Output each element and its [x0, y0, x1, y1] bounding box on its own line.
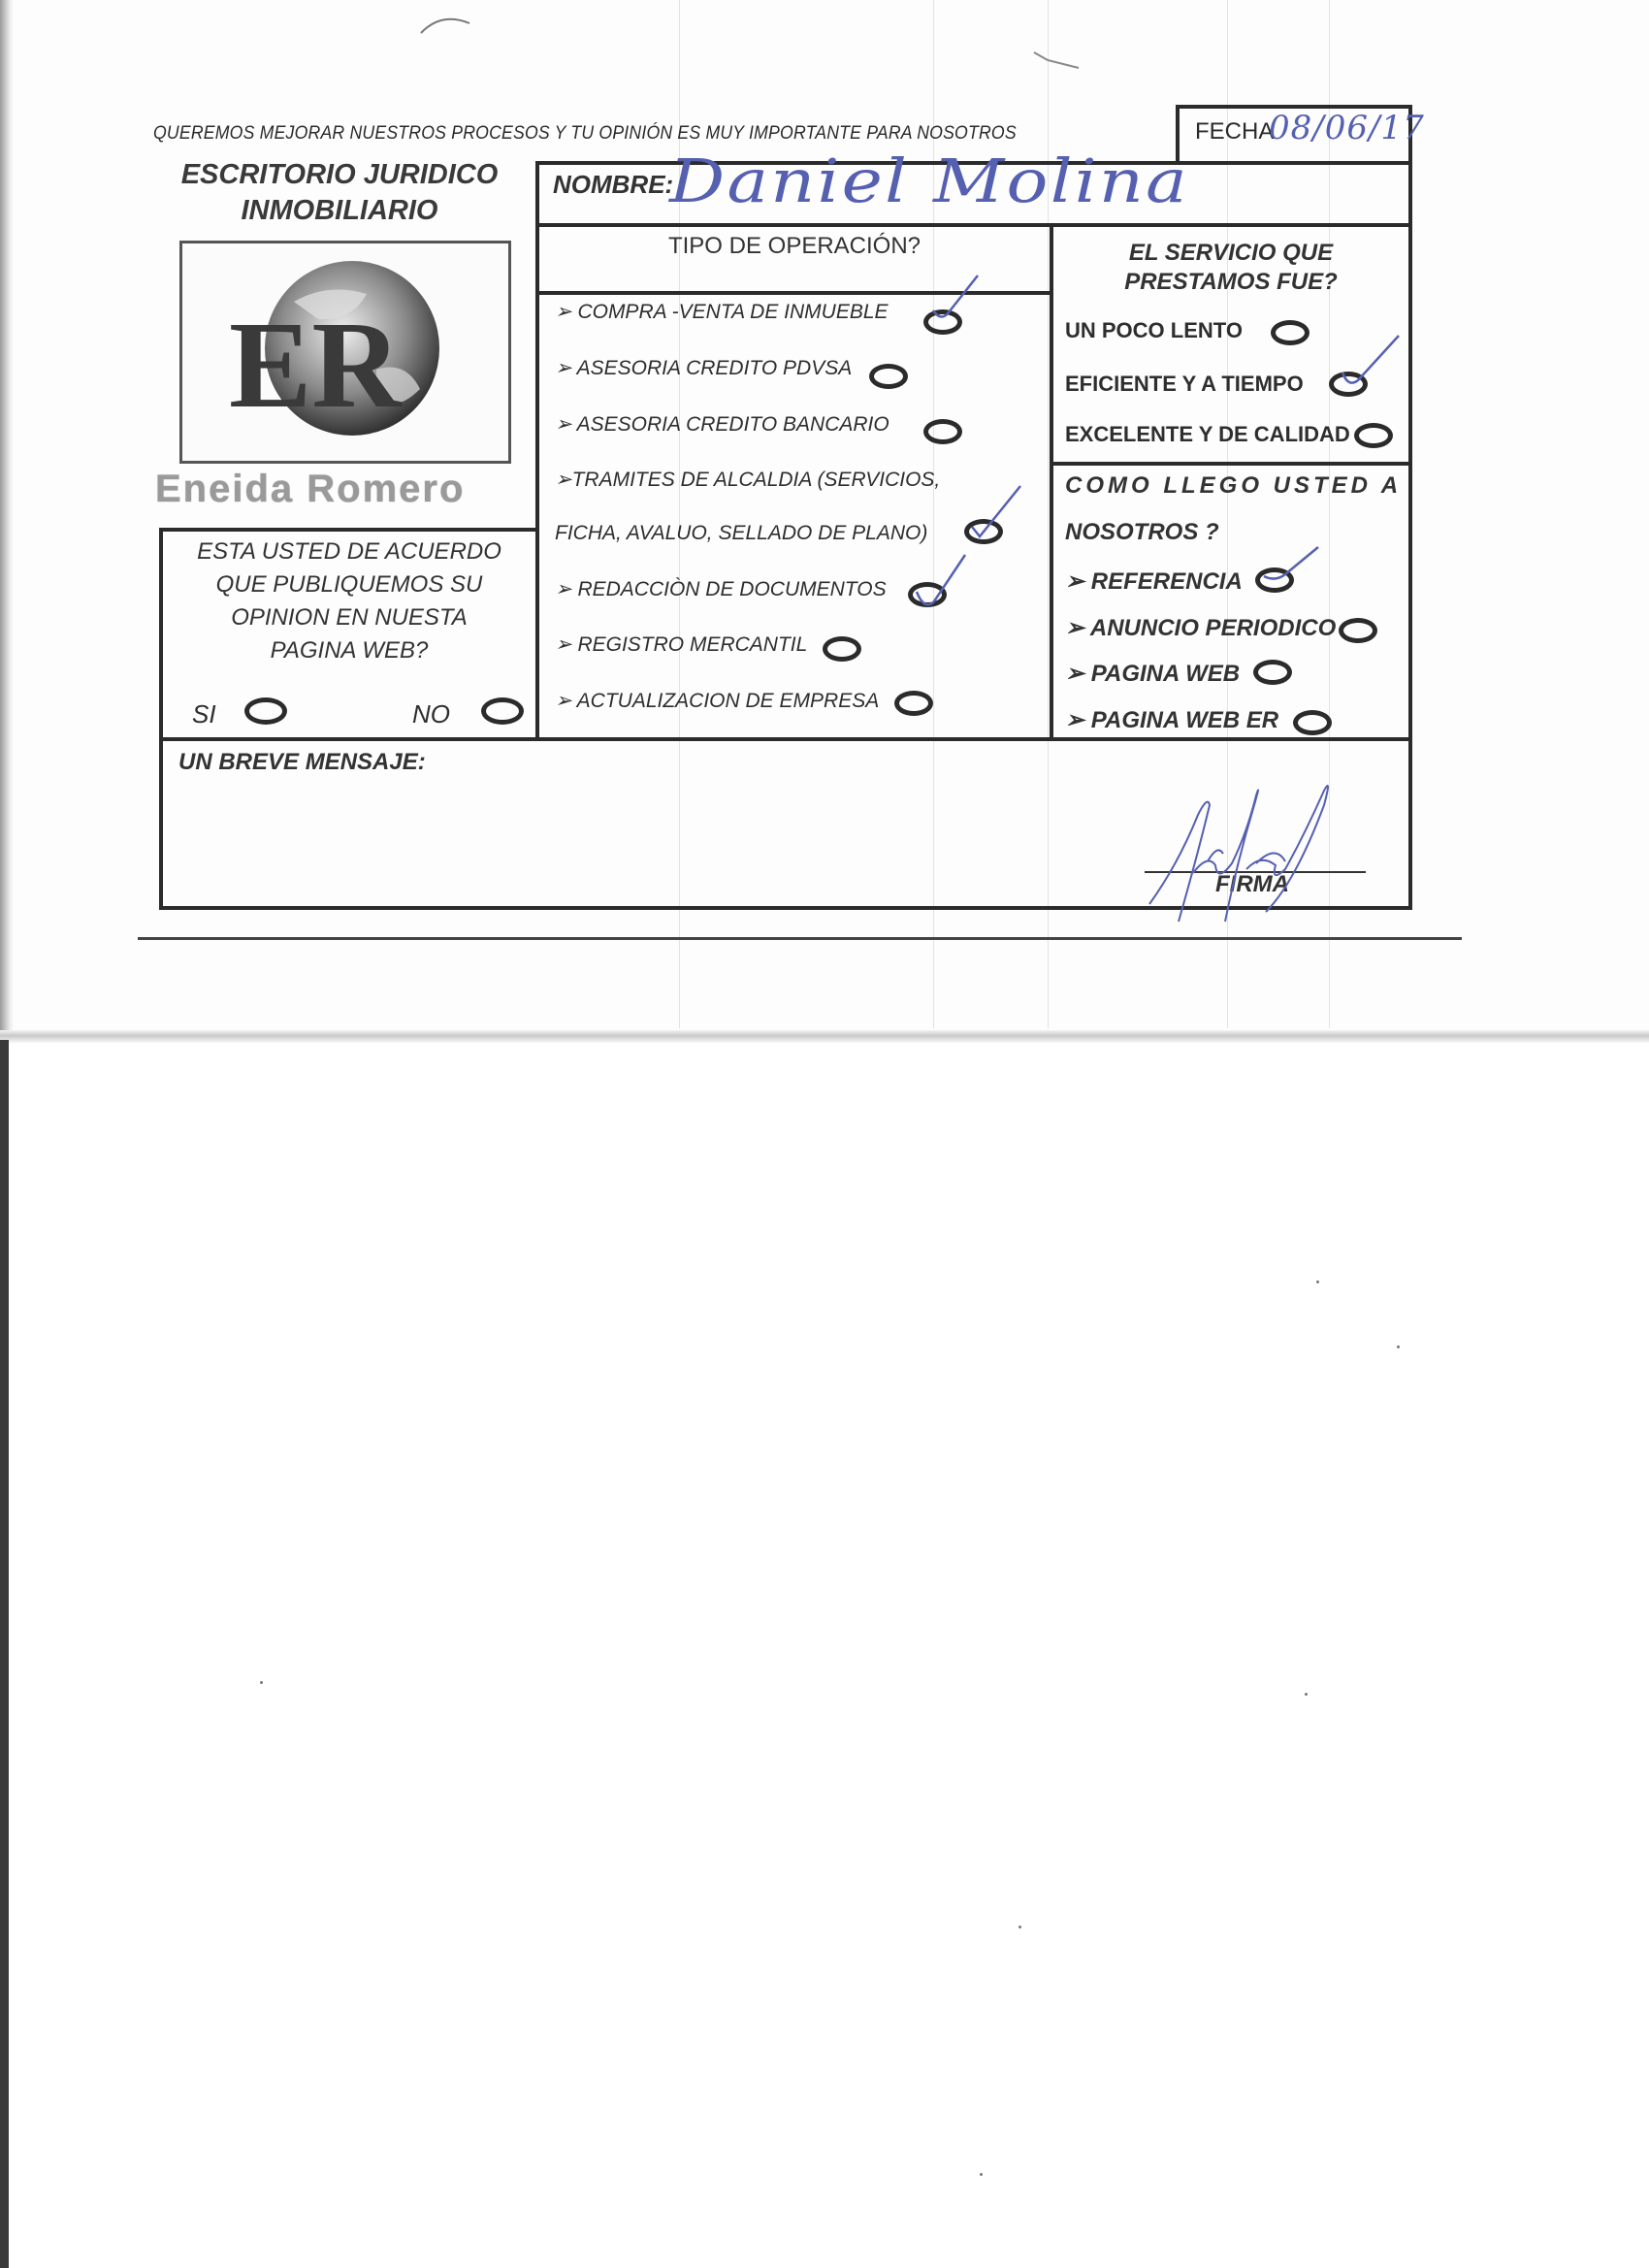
option-credito-bancario-radio[interactable]: [923, 419, 962, 444]
servicio-title-line-2: PRESTAMOS FUE?: [1053, 268, 1408, 297]
servicio-excelente-label: EXCELENTE Y DE CALIDAD: [1065, 422, 1350, 447]
logo-frame: ER: [179, 241, 511, 464]
publicar-line: OPINION EN NUESTA: [165, 601, 533, 634]
option-tramites-alcaldia-label: ➢TRAMITES DE ALCALDIA (SERVICIOS,: [555, 468, 940, 492]
option-tramites-alcaldia-label-2: FICHA, AVALUO, SELLADO DE PLANO): [555, 522, 927, 545]
divider: [535, 291, 1053, 295]
page-divider: [138, 937, 1462, 940]
servicio-eficiente-radio[interactable]: [1329, 372, 1368, 397]
speck: [1018, 1926, 1021, 1928]
como-llego-pagina-web-er-radio[interactable]: [1293, 710, 1332, 735]
scan-mark: [417, 12, 475, 36]
paper-edge: [0, 1030, 1649, 1044]
option-registro-mercantil-label: ➢ REGISTRO MERCANTIL: [555, 632, 807, 657]
option-registro-mercantil-radio[interactable]: [823, 636, 861, 662]
como-llego-pagina-web-radio[interactable]: [1253, 660, 1292, 685]
como-llego-referencia-label: ➢ REFERENCIA: [1065, 567, 1243, 596]
option-redaccion-label: ➢ REDACCIÒN DE DOCUMENTOS: [555, 577, 887, 601]
servicio-title: EL SERVICIO QUE PRESTAMOS FUE?: [1053, 239, 1408, 297]
publicar-line: PAGINA WEB?: [165, 634, 533, 667]
speck: [260, 1681, 263, 1684]
como-llego-referencia-radio[interactable]: [1255, 567, 1294, 593]
como-llego-anuncio-radio[interactable]: [1339, 618, 1377, 643]
servicio-lento-radio[interactable]: [1271, 320, 1309, 345]
option-credito-bancario-label: ➢ ASESORIA CREDITO BANCARIO: [555, 412, 889, 437]
company-name: ESCRITORIO JURIDICO INMOBILIARIO: [145, 157, 533, 229]
scan-mark: [1028, 47, 1086, 76]
fecha-field[interactable]: 08/06/17: [1269, 109, 1425, 147]
speck: [1316, 1280, 1319, 1283]
divider: [1050, 462, 1412, 466]
speck: [1397, 1345, 1400, 1348]
como-llego-pagina-web-label: ➢ PAGINA WEB: [1065, 660, 1240, 688]
option-credito-pdvsa-radio[interactable]: [869, 364, 908, 389]
nombre-label: NOMBRE:: [553, 170, 673, 200]
option-compra-venta-radio[interactable]: [923, 309, 962, 335]
como-llego-anuncio-label: ➢ ANUNCIO PERIODICO: [1065, 614, 1336, 642]
firma-label: FIRMA: [1215, 871, 1289, 898]
form-tagline: QUEREMOS MEJORAR NUESTROS PROCESOS Y TU …: [153, 123, 1017, 145]
publicar-si-label: SI: [192, 699, 216, 729]
globe-logo-icon: ER: [182, 243, 508, 461]
publicar-line: QUE PUBLIQUEMOS SU: [165, 568, 533, 601]
publicar-question: ESTA USTED DE ACUERDO QUE PUBLIQUEMOS SU…: [165, 535, 533, 667]
nombre-field[interactable]: Daniel Molina: [669, 146, 1189, 216]
publicar-si-radio[interactable]: [244, 697, 287, 725]
scan-edge-dark: [0, 1040, 9, 2268]
publicar-line: ESTA USTED DE ACUERDO: [165, 535, 533, 568]
servicio-excelente-radio[interactable]: [1354, 423, 1393, 448]
option-tramites-alcaldia-radio[interactable]: [964, 519, 1003, 544]
fecha-label: FECHA: [1195, 118, 1274, 146]
option-actualizacion-label: ➢ ACTUALIZACION DE EMPRESA: [555, 689, 879, 713]
company-line-2: INMOBILIARIO: [145, 193, 533, 229]
option-credito-pdvsa-label: ➢ ASESORIA CREDITO PDVSA: [555, 356, 852, 380]
option-compra-venta-label: ➢ COMPRA -VENTA DE INMUEBLE: [555, 300, 889, 324]
servicio-title-line-1: EL SERVICIO QUE: [1053, 239, 1408, 268]
publicar-no-label: NO: [412, 699, 450, 729]
company-line-1: ESCRITORIO JURIDICO: [145, 157, 533, 193]
logo-name: Eneida Romero: [155, 468, 465, 511]
servicio-eficiente-label: EFICIENTE Y A TIEMPO: [1065, 372, 1304, 397]
option-redaccion-radio[interactable]: [908, 582, 947, 607]
mensaje-label: UN BREVE MENSAJE:: [178, 749, 426, 776]
como-llego-title-2: NOSOTROS ?: [1065, 519, 1219, 546]
como-llego-title-1: COMO LLEGO USTED A: [1065, 472, 1402, 500]
tipo-operacion-title: TIPO DE OPERACIÓN?: [539, 233, 1050, 260]
como-llego-pagina-web-er-label: ➢ PAGINA WEB ER: [1065, 706, 1278, 734]
option-actualizacion-radio[interactable]: [894, 691, 933, 716]
mensaje-field[interactable]: [178, 786, 1100, 892]
speck: [1305, 1693, 1308, 1696]
servicio-lento-label: UN POCO LENTO: [1065, 318, 1243, 343]
scan-edge-shadow: [0, 0, 14, 1040]
speck: [980, 2173, 983, 2176]
publicar-no-radio[interactable]: [481, 697, 524, 725]
svg-text:ER: ER: [229, 296, 403, 434]
